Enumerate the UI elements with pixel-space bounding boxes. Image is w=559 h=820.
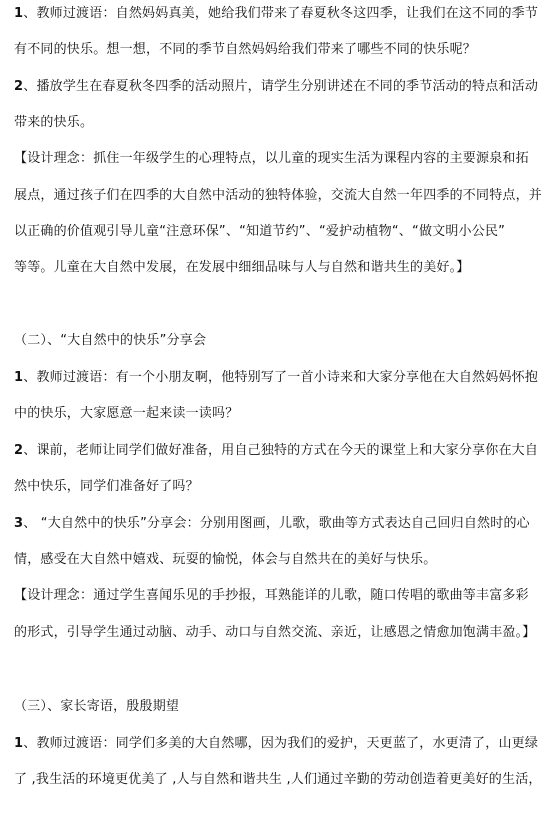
item-number: 3 [14, 516, 23, 531]
text-line: 以正确的价值观引导儿童“注意环保”、“知道节约”、“爱护动植物“、“做文明小公民… [14, 224, 505, 240]
line-text: 以正确的价值观引导儿童“注意环保”、“知道节约”、“爱护动植物“、“做文明小公民… [14, 224, 505, 239]
line-text: 然中快乐，同学们准备好了吗？ [14, 479, 199, 494]
text-line: 1、教师过渡语：自然妈妈真美，她给我们带来了春夏秋冬这四季，让我们在这不同的季节 [14, 6, 538, 22]
text-line: 3、 “大自然中的快乐”分享会：分别用图画，儿歌，歌曲等方式表达自己回归自然时的… [14, 516, 530, 532]
text-line: 1、教师过渡语：有一个小朋友啊，他特别写了一首小诗来和大家分享他在大自然妈妈怀抱 [14, 370, 538, 386]
line-text: （三）、家长寄语，殷殷期望 [14, 699, 179, 714]
item-number: 1 [14, 370, 23, 385]
line-text: 带来的快乐。 [14, 115, 93, 130]
item-number: 1 [14, 6, 23, 21]
line-text: 、 “大自然中的快乐”分享会：分别用图画，儿歌，歌曲等方式表达自己回归自然时的心 [23, 516, 530, 531]
text-line: 【设计理念：通过学生喜闻乐见的手抄报，耳熟能详的儿歌，随口传唱的歌曲等丰富多彩 [14, 588, 529, 604]
text-line: 等等。儿童在大自然中发展，在发展中细细品味与人与自然和谐共生的美好。】 [14, 260, 470, 276]
text-line: 【设计理念：抓住一年级学生的心理特点，以儿童的现实生活为课程内容的主要源泉和拓 [14, 151, 529, 167]
text-line: 有不同的快乐。想一想，不同的季节自然妈妈给我们带来了哪些不同的快乐呢？ [14, 42, 476, 58]
text-line: 情，感受在大自然中嬉戏、玩耍的愉悦，体会与自然共在的美好与快乐。 [14, 552, 436, 568]
line-text: 、教师过渡语：同学们多美的大自然哪，因为我们的爱护，天更蓝了，水更清了，山更绿 [23, 736, 538, 751]
line-text: 有不同的快乐。想一想，不同的季节自然妈妈给我们带来了哪些不同的快乐呢？ [14, 42, 476, 57]
text-line: 2、播放学生在春夏秋冬四季的活动照片，请学生分别讲述在不同的季节活动的特点和活动 [14, 79, 538, 95]
line-text: 的形式，引导学生通过动脑、动手、动口与自然交流、亲近，让感恩之情愈加饱满丰盈。】 [14, 625, 536, 640]
line-text: 、教师过渡语：自然妈妈真美，她给我们带来了春夏秋冬这四季，让我们在这不同的季节 [23, 6, 538, 21]
text-line: 2、课前，老师让同学们做好准备，用自己独特的方式在今天的课堂上和大家分享你在大自 [14, 443, 538, 459]
text-line: 的形式，引导学生通过动脑、动手、动口与自然交流、亲近，让感恩之情愈加饱满丰盈。】 [14, 625, 536, 641]
text-line: （二）、“大自然中的快乐”分享会 [14, 333, 206, 349]
line-text: 、课前，老师让同学们做好准备，用自己独特的方式在今天的课堂上和大家分享你在大自 [23, 443, 538, 458]
line-text: 等等。儿童在大自然中发展，在发展中细细品味与人与自然和谐共生的美好。】 [14, 260, 470, 275]
line-text: 、播放学生在春夏秋冬四季的活动照片，请学生分别讲述在不同的季节活动的特点和活动 [23, 79, 538, 94]
text-line: 了 ,我生活的环境更优美了 ,人与自然和谐共生 ,人们通过辛勤的劳动创造着更美好… [14, 772, 542, 788]
text-line: 展点，通过孩子们在四季的大自然中活动的独特体验，交流大自然一年四季的不同特点，并 [14, 188, 542, 204]
text-line: 带来的快乐。 [14, 115, 93, 131]
line-text: 中的快乐，大家愿意一起来读一读吗？ [14, 406, 238, 421]
line-text: 【设计理念：通过学生喜闻乐见的手抄报，耳熟能详的儿歌，随口传唱的歌曲等丰富多彩 [14, 588, 529, 603]
item-number: 2 [14, 79, 23, 94]
line-text: 展点，通过孩子们在四季的大自然中活动的独特体验，交流大自然一年四季的不同特点，并 [14, 188, 542, 203]
line-text: 【设计理念：抓住一年级学生的心理特点，以儿童的现实生活为课程内容的主要源泉和拓 [14, 151, 529, 166]
item-number: 1 [14, 736, 23, 751]
text-line: 1、教师过渡语：同学们多美的大自然哪，因为我们的爱护，天更蓝了，水更清了，山更绿 [14, 736, 538, 752]
text-line: （三）、家长寄语，殷殷期望 [14, 699, 179, 715]
line-text: （二）、“大自然中的快乐”分享会 [14, 333, 206, 348]
item-number: 2 [14, 443, 23, 458]
text-line: 中的快乐，大家愿意一起来读一读吗？ [14, 406, 238, 422]
text-line: 然中快乐，同学们准备好了吗？ [14, 479, 199, 495]
line-text: 情，感受在大自然中嬉戏、玩耍的愉悦，体会与自然共在的美好与快乐。 [14, 552, 436, 567]
line-text: 了 ,我生活的环境更优美了 ,人与自然和谐共生 ,人们通过辛勤的劳动创造着更美好… [14, 772, 542, 787]
line-text: 、教师过渡语：有一个小朋友啊，他特别写了一首小诗来和大家分享他在大自然妈妈怀抱 [23, 370, 538, 385]
